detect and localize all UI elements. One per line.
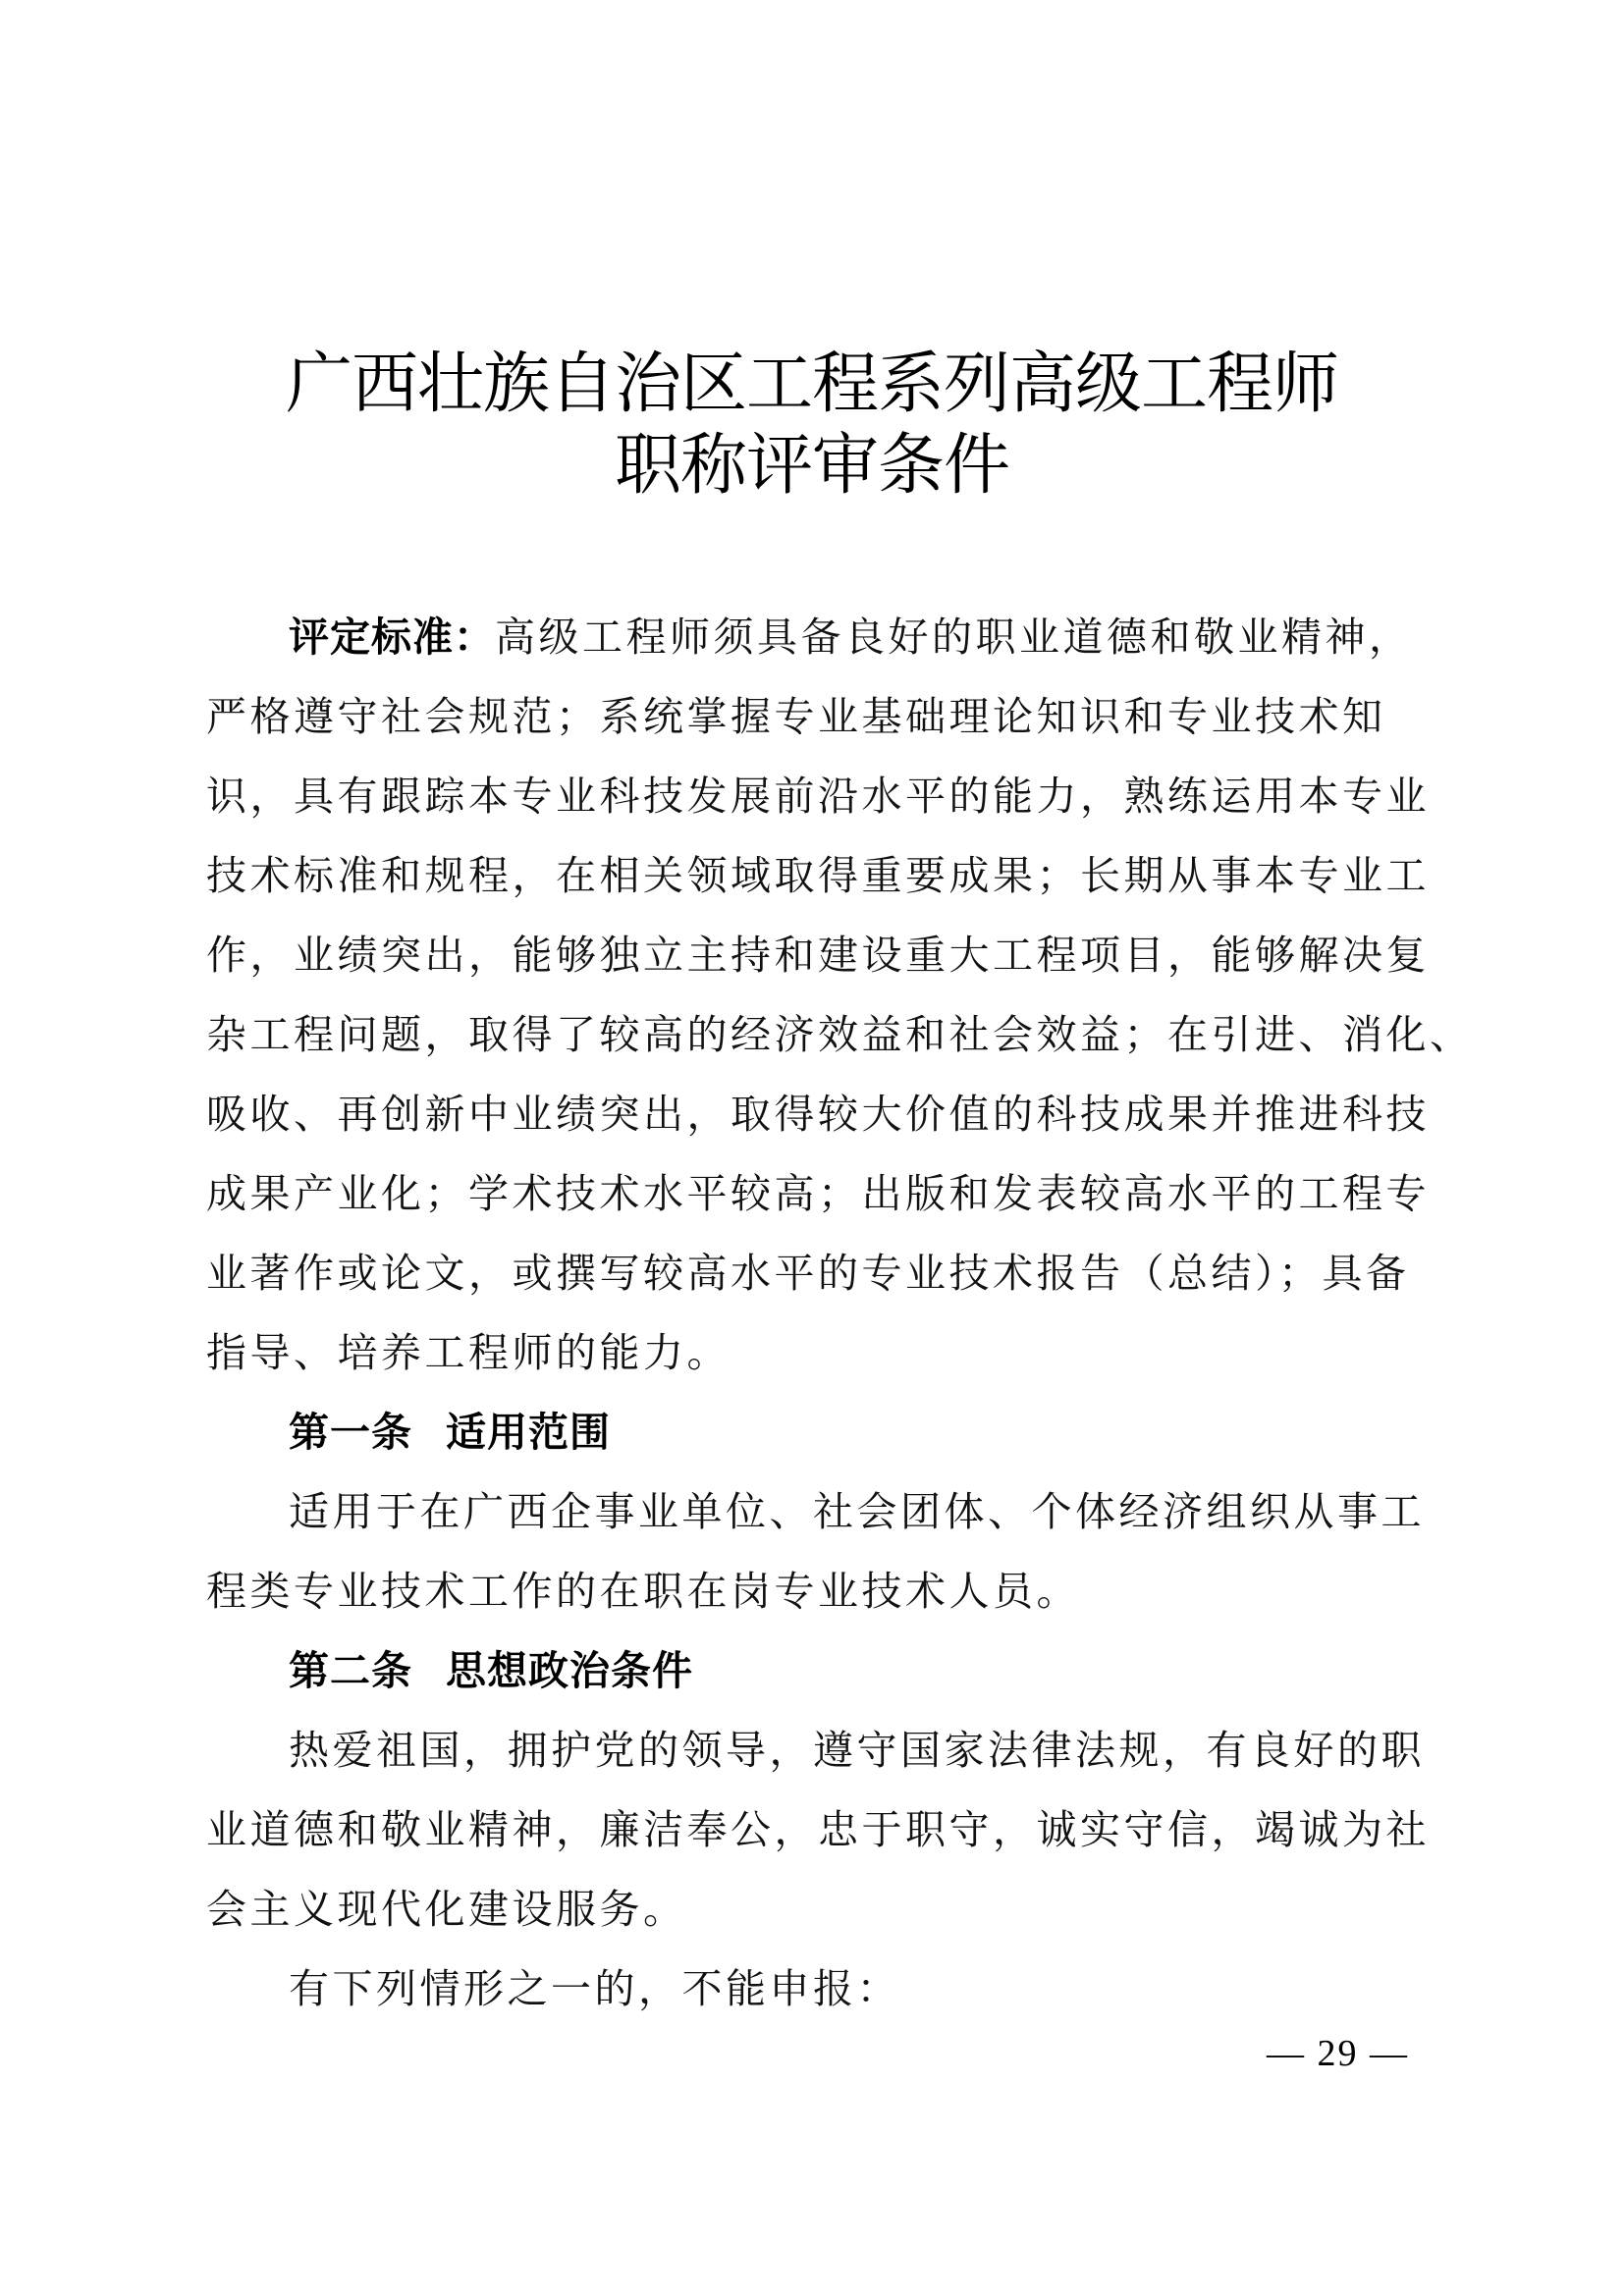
article-2-line-1: 热爱祖国，拥护党的领导，遵守国家法律法规，有良好的职 [289,1726,1425,1775]
standard-paragraph-line-3: 识，具有跟踪本专业科技发展前沿水平的能力，熟练运用本专业 [206,772,1430,821]
standard-paragraph-line-7: 吸收、再创新中业绩突出，取得较大价值的科技成果并推进科技 [206,1090,1430,1139]
standard-paragraph-line-10: 指导、培养工程师的能力。 [206,1328,731,1377]
document-title-line-2: 职称评审条件 [0,427,1624,506]
article-1-heading: 第一条适用范围 [289,1408,611,1457]
standard-paragraph-line-5: 作，业绩突出，能够独立主持和建设重大工程项目，能够解决复 [206,931,1430,980]
standard-paragraph-line-6: 杂工程问题，取得了较高的经济效益和社会效益；在引进、消化、 [206,1010,1474,1059]
page-number: — 29 — [1267,2032,1409,2075]
article-1-line-2: 程类专业技术工作的在职在岗专业技术人员。 [206,1567,1080,1616]
article-2-title: 思想政治条件 [446,1647,693,1694]
article-1-number: 第一条 [289,1409,412,1456]
article-2-heading: 第二条思想政治条件 [289,1646,693,1695]
standard-label: 评定标准： [289,614,495,661]
standard-paragraph-line-8: 成果产业化；学术技术水平较高；出版和发表较高水平的工程专 [206,1169,1430,1218]
article-2-extra-line-1: 有下列情形之一的，不能申报： [289,1964,900,2013]
article-2-line-2: 业道德和敬业精神，廉洁奉公，忠于职守，诚实守信，竭诚为社 [206,1805,1430,1854]
article-2-line-3: 会主义现代化建设服务。 [206,1885,687,1934]
standard-paragraph-line-2: 严格遵守社会规范；系统掌握专业基础理论知识和专业技术知 [206,692,1386,741]
document-title-line-1: 广西壮族自治区工程系列高级工程师 [0,346,1624,424]
article-1-line-1: 适用于在广西企事业单位、社会团体、个体经济组织从事工 [289,1487,1425,1536]
standard-paragraph-line-9: 业著作或论文，或撰写较高水平的专业技术报告（总结）；具备 [206,1249,1410,1298]
standard-paragraph-line-1: 评定标准：高级工程师须具备良好的职业道德和敬业精神， [289,613,1413,662]
article-1-title: 适用范围 [446,1409,611,1456]
standard-paragraph-line-4: 技术标准和规程，在相关领域取得重要成果；长期从事本专业工 [206,851,1430,900]
document-page: 广西壮族自治区工程系列高级工程师 职称评审条件 评定标准：高级工程师须具备良好的… [0,0,1624,2296]
article-2-number: 第二条 [289,1647,412,1694]
